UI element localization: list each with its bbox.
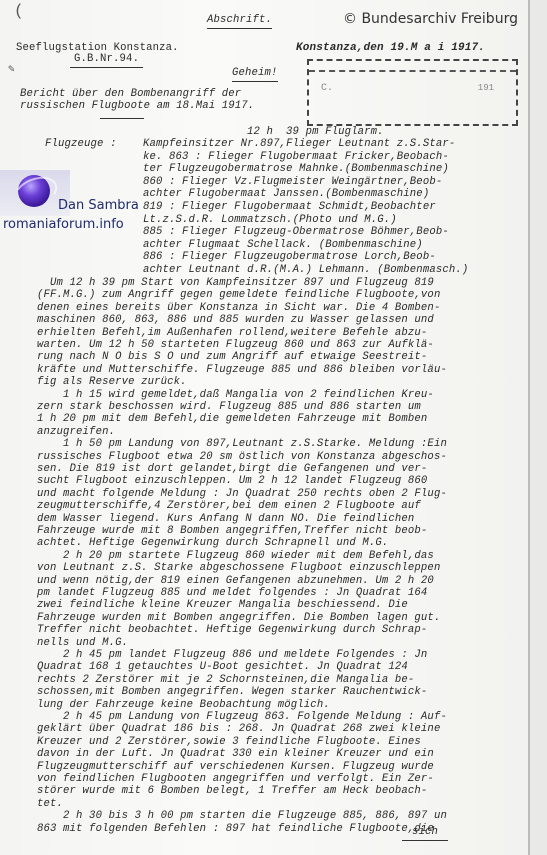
aircraft-line: Kampfeinsitzer Nr.897,Flieger Leutnant z… [143, 138, 455, 151]
report-line: dem Wasser liegend. Kurs Anfang N dann N… [37, 513, 414, 526]
report-line: Fahrzeuge wurden mit Bomben angegriffen.… [37, 612, 440, 625]
report-line: und macht folgende Meldung : Jn Quadrat … [37, 488, 447, 501]
report-line: fig als Reserve zurück. [37, 376, 187, 389]
aircraft-line: achter Flugmaat Schellack. (Bombenmaschi… [143, 239, 423, 252]
copyright-watermark: © Bundesarchiv Freiburg [343, 11, 518, 27]
stamp-header [309, 61, 516, 72]
aircraft-line: 885 : Flieger Flugzeug-Obermatrose Böhme… [143, 226, 449, 239]
report-line: Treffer nicht beobachtet. Heftige Gegenw… [37, 624, 427, 637]
stamp-number: 191 [478, 83, 494, 93]
report-line: 863 mit folgenden Befehlen : 897 hat fei… [37, 823, 434, 836]
report-line: russisches Flugboot etwa 20 sm östlich v… [37, 451, 447, 464]
report-line: nells und M.G. [37, 637, 128, 650]
aircraft-label: Flugzeuge : [45, 138, 117, 151]
report-line: achtet. Heftige Gegenwirkung durch Schra… [37, 537, 388, 550]
report-line: von feindlichen Flugbooten angegriffen u… [37, 773, 434, 786]
report-line: zern stark beschossen wird. Flugzeug 885… [37, 401, 421, 414]
report-line: 2 h 20 pm startete Flugzeug 860 wieder m… [37, 550, 434, 563]
report-line: Quadrat 168 1 getauchtes U-Boot gesichte… [37, 661, 408, 674]
report-line: 1 h 20 pm mit dem Befehl,die gemeldeten … [37, 413, 427, 426]
report-line: 1 h 15 wird gemeldet,daß Mangalia von 2 … [37, 389, 434, 402]
report-line: Flugzeugmutterschiff auf verschiedenen K… [37, 761, 434, 774]
report-line: Fahrzeuge wurde mit 8 Bomben angegriffen… [37, 525, 427, 538]
aircraft-line: 819 : Flieger Flugobermaat Schmidt,Beoba… [143, 201, 436, 214]
logo-site: romaniaforum.info [3, 217, 124, 232]
copy-label: Abschrift. [207, 14, 272, 29]
aircraft-line: 886 : Flieger Flugzeugobermatrose Lorch,… [143, 251, 436, 264]
report-line: sen. Die 819 ist dort gelandet,birgt die… [37, 463, 427, 476]
report-line: erhielten Befehl,im Außenhafen rollend,w… [37, 327, 427, 340]
report-line: (FF.M.G.) zum Angriff gegen gemeldete fe… [37, 289, 440, 302]
subject-line-2: russischen Flugboote am 18.Mai 1917. [20, 100, 254, 113]
report-line: sucht Flugboot einzuschleppen. Um 2 h 12… [37, 475, 427, 488]
report-line: denen eines bereits über Konstanza in Si… [37, 302, 440, 315]
punch-mark: ( [14, 2, 24, 20]
report-line: Um 12 h 39 pm Start von Kampfeinsitzer 8… [37, 277, 434, 290]
margin-mark: ✎ [8, 62, 15, 76]
reference-number: G.B.Nr.94. [70, 53, 143, 68]
document-page: ( © Bundesarchiv Freiburg Abschrift. See… [0, 0, 530, 855]
aircraft-line: ke. 863 : Flieger Flugobermaat Fricker,B… [143, 151, 449, 164]
report-line: 2 h 30 bis 3 h 00 pm starten die Flugzeu… [37, 810, 447, 823]
subject-line-1: Bericht über den Bombenangriff der [20, 88, 241, 101]
report-line: störer wurde mit 6 Bomben belegt, 1 Tref… [37, 785, 427, 798]
report-line: geklärt über Quadrat 186 bis : 268. Jn Q… [37, 723, 440, 736]
subject-underline [100, 118, 144, 119]
report-line: 2 h 45 pm landet Flugzeug 886 und meldet… [37, 649, 427, 662]
report-line: 1 h 50 pm Landung von 897,Leutnant z.S.S… [37, 438, 447, 451]
report-line: schossen,mit Bomben angegriffen. Wegen s… [37, 686, 427, 699]
report-line: und wenn nötig,der 819 einen Gefangenen … [37, 575, 434, 588]
report-line: kräfte und Mutterschiffe. Flugzeuge 885 … [37, 364, 447, 377]
aircraft-line: achter Leutnant d.R.(M.A.) Lehmann. (Bom… [143, 264, 468, 277]
report-line: rechts 2 Zerstörer mit je 2 Schornsteine… [37, 674, 414, 687]
report-line: anzugreifen. [37, 426, 115, 439]
report-line: 2 h 45 pm Landung von Flugzeug 863. Folg… [37, 711, 447, 724]
stamp-mark: C. [321, 83, 333, 94]
report-line: davon in der Luft. Jn Quadrat 330 ein kl… [37, 748, 434, 761]
alarm-line: 12 h 39 pm Fluglarm. [247, 126, 384, 139]
aircraft-line: ter Flugzeugobermatrose Mahnke.(Bombenma… [143, 163, 449, 176]
aircraft-line: Lt.z.S.d.R. Lommatzsch.(Photo und M.G.) [143, 214, 397, 227]
place-date: Konstanza,den 19.M a i 1917. [296, 42, 485, 55]
report-line: Kreuzer und 2 Zerstörer,sowie 3 feindlic… [37, 736, 421, 749]
report-line: tet. [37, 798, 63, 811]
logo-name: Dan Sambra [58, 198, 139, 213]
report-line: warten. Um 12 h 50 starteten Flugzeug 86… [37, 339, 434, 352]
page-edge [528, 0, 530, 855]
report-line: von Leutnant z.S. Starke abgeschossene F… [37, 562, 440, 575]
classification: Geheim! [232, 67, 278, 82]
watermark-logo: Dan Sambra romaniaforum.info [0, 170, 138, 234]
catchword: sich [402, 826, 448, 841]
report-line: zeugmutterschiffe,4 Zerstörer,bei dem ei… [37, 500, 421, 513]
report-line: maschinen 860, 863, 886 und 885 wurden z… [37, 314, 434, 327]
report-line: pm landet Flugzeug 885 und meldet folgen… [37, 587, 427, 600]
aircraft-line: 860 : Flieger Vz.Flugmeister Weingärtner… [143, 176, 442, 189]
report-line: rung nach N O bis S O und zum Angriff au… [37, 351, 427, 364]
aircraft-line: achter Flugobermaat Janssen.(Bombenmasch… [143, 188, 429, 201]
report-line: lung der Fahrzeuge keine Beobachtung mög… [37, 699, 330, 712]
report-line: zwei feindliche kleine Kreuzer Mangalia … [37, 599, 408, 612]
receipt-stamp: C. 191 [307, 59, 518, 126]
